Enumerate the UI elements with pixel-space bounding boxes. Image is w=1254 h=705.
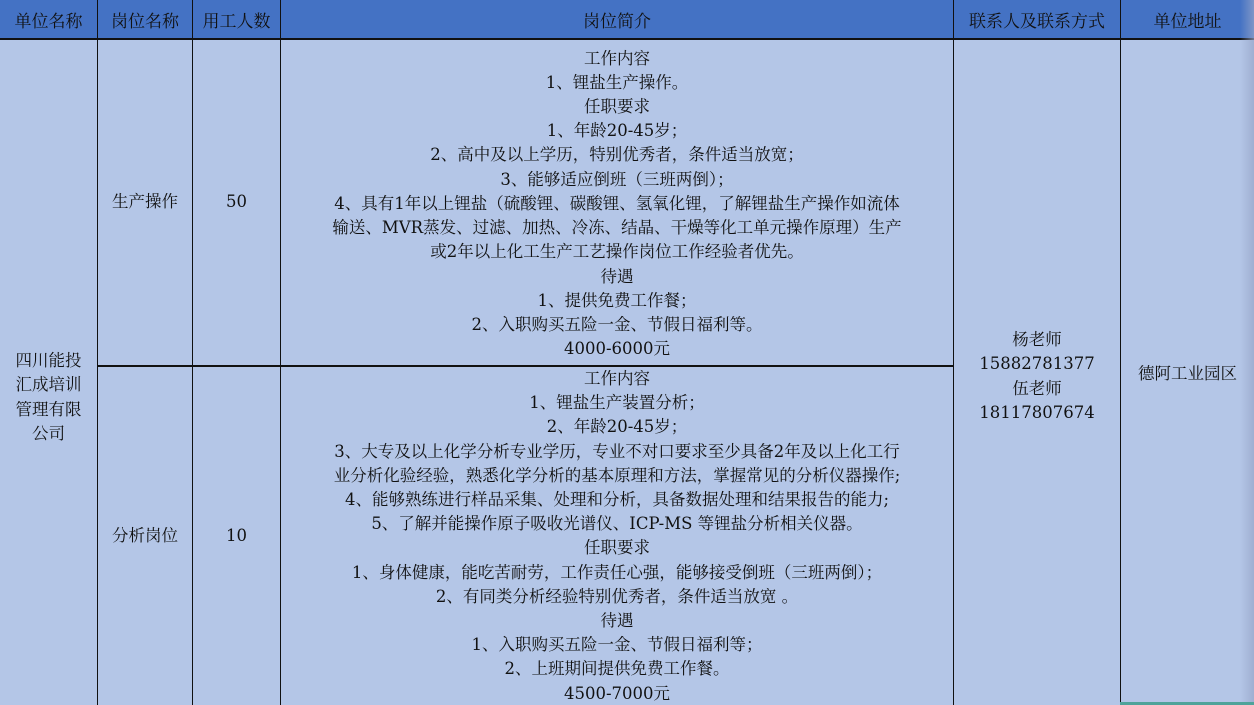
contact-cell: 杨老师 15882781377 伍老师 18117807674 xyxy=(954,40,1121,705)
desc-line: 2、有同类分析经验特别优秀者，条件适当放宽 。 xyxy=(436,585,798,609)
desc-line: 1、年龄20-45岁； xyxy=(547,119,688,143)
job-2-position: 分析岗位 xyxy=(98,367,193,705)
address-cell: 德阿工业园区 xyxy=(1121,40,1254,705)
desc-line: 1、锂盐生产操作。 xyxy=(546,71,689,95)
desc-line: 5、了解并能操作原子吸收光谱仪、ICP-MS 等锂盐分析相关仪器。 xyxy=(371,512,862,536)
company-name-cell: 四川能投 汇成培训 管理有限 公司 xyxy=(0,40,98,705)
address-value: 德阿工业园区 xyxy=(1138,362,1237,386)
desc-line: 业分析化验经验，熟悉化学分析的基本原理和方法，掌握常见的分析仪器操作; xyxy=(334,464,901,488)
desc-line: 任职要求 xyxy=(584,95,650,119)
header-company-name: 单位名称 xyxy=(0,0,98,40)
desc-line: 4000-6000元 xyxy=(564,337,670,361)
job-1-headcount: 50 xyxy=(193,40,281,365)
contact-phone: 18117807674 xyxy=(979,401,1094,425)
desc-line: 任职要求 xyxy=(584,536,650,560)
job-2-description: 工作内容 1、锂盐生产装置分析； 2、年龄20-45岁； 3、大专及以上化学分析… xyxy=(281,367,954,705)
desc-line: 4、具有1年以上锂盐（硫酸锂、碳酸锂、氢氧化锂，了解锂盐生产操作如流体 xyxy=(334,192,900,216)
desc-line: 2、高中及以上学历，特别优秀者，条件适当放宽； xyxy=(430,143,804,167)
company-name-line: 管理有限 xyxy=(16,398,82,422)
desc-line: 待遇 xyxy=(601,265,634,289)
company-name-line: 公司 xyxy=(32,422,65,446)
header-description: 岗位简介 xyxy=(281,0,954,40)
desc-line: 或2年以上化工生产工艺操作岗位工作经验者优先。 xyxy=(430,240,804,264)
header-headcount: 用工人数 xyxy=(193,0,281,40)
header-address: 单位地址 xyxy=(1121,0,1254,40)
recruitment-table: 单位名称 岗位名称 用工人数 岗位简介 联系人及联系方式 单位地址 四川能投 汇… xyxy=(0,0,1254,705)
desc-line: 3、能够适应倒班（三班两倒）； xyxy=(500,168,733,192)
desc-line: 工作内容 xyxy=(584,367,650,391)
desc-line: 1、身体健康，能吃苦耐劳，工作责任心强，能够接受倒班（三班两倒）； xyxy=(352,561,882,585)
job-2-headcount: 10 xyxy=(193,367,281,705)
desc-line: 3、大专及以上化学分析专业学历，专业不对口要求至少具备2年及以上化工行 xyxy=(334,440,900,464)
headcount-value: 10 xyxy=(226,524,247,548)
contact-phone: 15882781377 xyxy=(979,352,1094,376)
header-contact: 联系人及联系方式 xyxy=(954,0,1121,40)
desc-line: 1、锂盐生产装置分析； xyxy=(529,391,705,415)
company-name-line: 四川能投 xyxy=(16,349,82,373)
desc-line: 输送、MVR蒸发、过滤、加热、冷冻、结晶、干燥等化工单元操作原理）生产 xyxy=(332,216,901,240)
job-1-position: 生产操作 xyxy=(98,40,193,365)
position-label: 生产操作 xyxy=(112,190,178,214)
contact-name: 伍老师 xyxy=(1012,377,1062,401)
desc-line: 工作内容 xyxy=(584,47,650,71)
job-1-description: 工作内容 1、锂盐生产操作。 任职要求 1、年龄20-45岁； 2、高中及以上学… xyxy=(281,40,954,365)
desc-line: 1、提供免费工作餐； xyxy=(538,289,697,313)
contact-name: 杨老师 xyxy=(1012,328,1062,352)
row-divider xyxy=(98,365,954,367)
header-position-name: 岗位名称 xyxy=(98,0,193,40)
desc-line: 待遇 xyxy=(601,609,634,633)
desc-line: 2、入职购买五险一金、节假日福利等。 xyxy=(472,313,763,337)
desc-line: 4500-7000元 xyxy=(564,682,670,705)
desc-line: 2、年龄20-45岁； xyxy=(547,415,688,439)
position-label: 分析岗位 xyxy=(112,524,178,548)
desc-line: 2、上班期间提供免费工作餐。 xyxy=(505,657,730,681)
company-name-line: 汇成培训 xyxy=(16,373,82,397)
desc-line: 1、入职购买五险一金、节假日福利等； xyxy=(472,633,763,657)
headcount-value: 50 xyxy=(226,190,247,214)
desc-line: 4、能够熟练进行样品采集、处理和分析，具备数据处理和结果报告的能力; xyxy=(345,488,889,512)
